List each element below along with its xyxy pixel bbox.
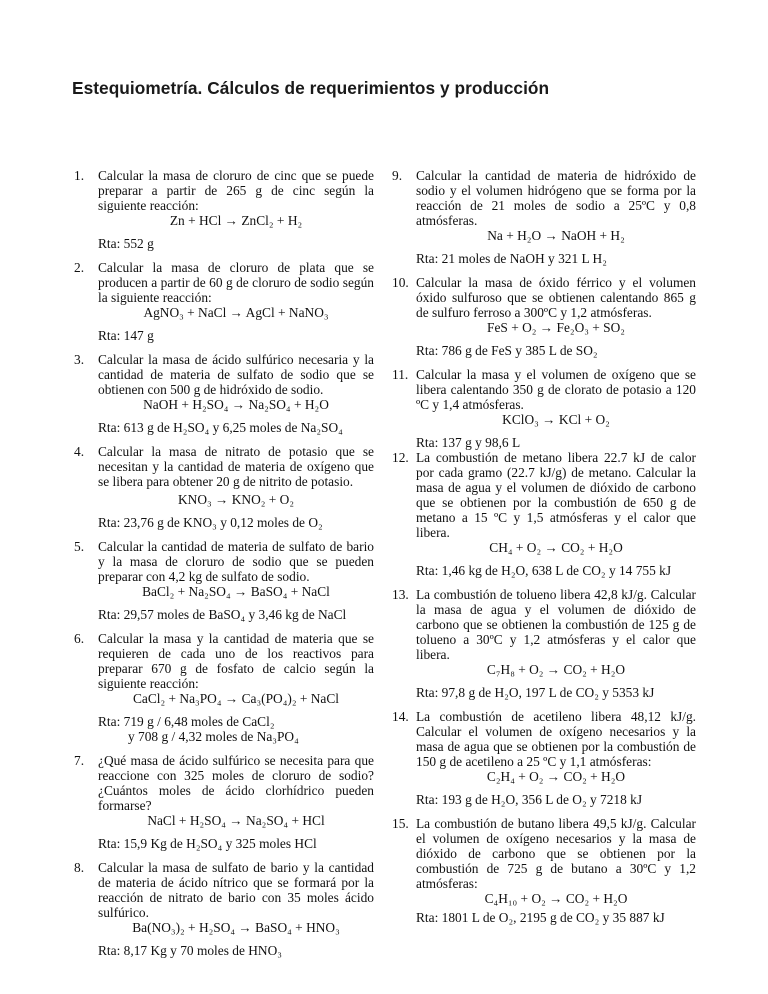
answer: Rta: 552 g (98, 236, 374, 251)
problem-6: 6. Calcular la masa y la cantidad de mat… (74, 631, 374, 744)
answer: Rta: 786 g de FeS y 385 L de SO₂ (416, 343, 696, 358)
answer: Rta: 21 moles de NaOH y 321 L H₂ (416, 251, 696, 266)
problem-3: 3. Calcular la masa de ácido sulfúrico n… (74, 352, 374, 435)
left-column: 1. Calcular la masa de cloruro de cinc q… (74, 168, 374, 967)
problem-number: 2. (74, 260, 84, 275)
problem-statement: La combustión de metano libera 22.7 kJ d… (416, 450, 696, 540)
answer: Rta: 147 g (98, 328, 374, 343)
answer: Rta: 15,9 Kg de H₂SO₄ y 325 moles HCl (98, 836, 374, 851)
problem-statement: Calcular la masa de nitrato de potasio q… (98, 444, 374, 489)
chemical-equation: Zn + HCl → ZnCl₂ + H₂ (98, 213, 374, 228)
problem-number: 6. (74, 631, 84, 646)
problem-number: 3. (74, 352, 84, 367)
problem-9: 9. Calcular la cantidad de materia de hi… (392, 168, 696, 266)
chemical-equation: C₂H₄ + O₂ → CO₂ + H₂O (416, 769, 696, 784)
problem-statement: Calcular la cantidad de materia de sulfa… (98, 539, 374, 584)
chemical-equation: C₇H₈ + O₂ → CO₂ + H₂O (416, 662, 696, 677)
problem-statement: ¿Qué masa de ácido sulfúrico se necesita… (98, 753, 374, 813)
problem-4: 4. Calcular la masa de nitrato de potasi… (74, 444, 374, 530)
problem-statement: La combustión de tolueno libera 42,8 kJ/… (416, 587, 696, 662)
problem-1: 1. Calcular la masa de cloruro de cinc q… (74, 168, 374, 251)
problem-number: 5. (74, 539, 84, 554)
answer: Rta: 97,8 g de H₂O, 197 L de CO₂ y 5353 … (416, 685, 696, 700)
problem-2: 2. Calcular la masa de cloruro de plata … (74, 260, 374, 343)
chemical-equation: CH₄ + O₂ → CO₂ + H₂O (416, 540, 696, 555)
problem-number: 11. (392, 367, 408, 382)
problem-11: 11. Calcular la masa y el volumen de oxí… (392, 367, 696, 450)
problem-number: 13. (392, 587, 409, 602)
page-title: Estequiometría. Cálculos de requerimient… (72, 78, 549, 99)
answer: Rta: 1,46 kg de H₂O, 638 L de CO₂ y 14 7… (416, 563, 696, 578)
chemical-equation: Na + H₂O → NaOH + H₂ (416, 228, 696, 243)
answer: Rta: 193 g de H₂O, 356 L de O₂ y 7218 kJ (416, 792, 696, 807)
answer: Rta: 8,17 Kg y 70 moles de HNO₃ (98, 943, 374, 958)
answer-line-2: y 708 g / 4,32 moles de Na₃PO₄ (98, 729, 374, 744)
problem-12: 12. La combustión de metano libera 22.7 … (392, 450, 696, 578)
answer-line-1: Rta: 719 g / 6,48 moles de CaCl₂ (98, 714, 275, 729)
problem-5: 5. Calcular la cantidad de materia de su… (74, 539, 374, 622)
problem-number: 15. (392, 816, 409, 831)
chemical-equation: C₄H₁₀ + O₂ → CO₂ + H₂O (416, 891, 696, 906)
problem-statement: Calcular la masa de cloruro de plata que… (98, 260, 374, 305)
problem-statement: Calcular la cantidad de materia de hidró… (416, 168, 696, 228)
chemical-equation: KClO₃ → KCl + O₂ (416, 412, 696, 427)
answer: Rta: 1801 L de O₂, 2195 g de CO₂ y 35 88… (416, 910, 696, 925)
problem-number: 4. (74, 444, 84, 459)
right-column: 9. Calcular la cantidad de materia de hi… (392, 168, 696, 934)
problem-statement: Calcular la masa y el volumen de oxígeno… (416, 367, 696, 412)
problem-statement: La combustión de acetileno libera 48,12 … (416, 709, 696, 769)
answer: Rta: 719 g / 6,48 moles de CaCl₂ y 708 g… (98, 714, 374, 744)
chemical-equation: NaCl + H₂SO₄ → Na₂SO₄ + HCl (98, 813, 374, 828)
problem-number: 9. (392, 168, 402, 183)
chemical-equation: FeS + O₂ → Fe₂O₃ + SO₂ (416, 320, 696, 335)
problem-statement: Calcular la masa de óxido férrico y el v… (416, 275, 696, 320)
problem-number: 12. (392, 450, 409, 465)
problem-number: 1. (74, 168, 84, 183)
problem-10: 10. Calcular la masa de óxido férrico y … (392, 275, 696, 358)
chemical-equation: AgNO₃ + NaCl → AgCl + NaNO₃ (98, 305, 374, 320)
problem-statement: Calcular la masa de cloruro de cinc que … (98, 168, 374, 213)
problem-number: 10. (392, 275, 409, 290)
problem-14: 14. La combustión de acetileno libera 48… (392, 709, 696, 807)
problem-number: 14. (392, 709, 409, 724)
chemical-equation: NaOH + H₂SO₄ → Na₂SO₄ + H₂O (98, 397, 374, 412)
chemical-equation: BaCl₂ + Na₂SO₄ → BaSO₄ + NaCl (98, 584, 374, 599)
problem-statement: La combustión de butano libera 49,5 kJ/g… (416, 816, 696, 891)
problem-statement: Calcular la masa de sulfato de bario y l… (98, 860, 374, 920)
chemical-equation: Ba(NO₃)₂ + H₂SO₄ → BaSO₄ + HNO₃ (98, 920, 374, 935)
answer: Rta: 29,57 moles de BaSO₄ y 3,46 kg de N… (98, 607, 374, 622)
answer: Rta: 137 g y 98,6 L (416, 435, 696, 450)
chemical-equation: KNO₃ → KNO₂ + O₂ (98, 492, 374, 507)
problem-statement: Calcular la masa y la cantidad de materi… (98, 631, 374, 691)
problem-7: 7. ¿Qué masa de ácido sulfúrico se neces… (74, 753, 374, 851)
problem-number: 7. (74, 753, 84, 768)
problem-number: 8. (74, 860, 84, 875)
problem-8: 8. Calcular la masa de sulfato de bario … (74, 860, 374, 958)
problem-13: 13. La combustión de tolueno libera 42,8… (392, 587, 696, 700)
answer: Rta: 613 g de H₂SO₄ y 6,25 moles de Na₂S… (98, 420, 374, 435)
problem-statement: Calcular la masa de ácido sulfúrico nece… (98, 352, 374, 397)
answer: Rta: 23,76 g de KNO₃ y 0,12 moles de O₂ (98, 515, 374, 530)
problem-15: 15. La combustión de butano libera 49,5 … (392, 816, 696, 925)
chemical-equation: CaCl₂ + Na₃PO₄ → Ca₃(PO₄)₂ + NaCl (98, 691, 374, 706)
